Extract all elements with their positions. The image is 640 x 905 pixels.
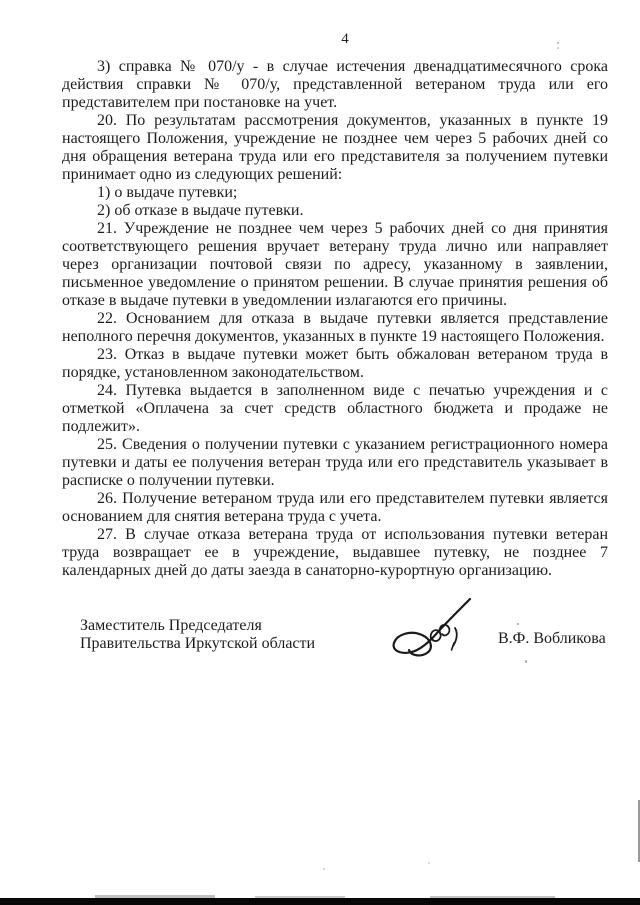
paragraph-24: 24. Путевка выдается в заполненном виде … <box>62 382 608 436</box>
scan-bottom-bar-artifact <box>0 898 640 905</box>
scan-speck-artifact <box>557 42 559 44</box>
signatory-title-block: Заместитель Председателя Правительства И… <box>80 617 315 653</box>
scan-speck-artifact <box>428 862 430 864</box>
signatory-title-line-1: Заместитель Председателя <box>80 617 315 635</box>
paragraph-23: 23. Отказ в выдаче путевки может быть об… <box>62 346 608 382</box>
scanned-document-page: 4 3) справка № 070/у - в случае истечени… <box>0 0 640 905</box>
page-number: 4 <box>297 31 393 48</box>
signer-name: В.Ф. Вобликова <box>498 630 618 648</box>
paragraph-25: 25. Сведения о получении путевки с указа… <box>62 436 608 490</box>
document-body: 3) справка № 070/у - в случае истечения … <box>62 58 608 580</box>
paragraph-22: 22. Основанием для отказа в выдаче путев… <box>62 310 608 346</box>
paragraph-20-sub-2: 2) об отказе в выдаче путевки. <box>62 202 608 220</box>
handwritten-signature-icon <box>385 592 480 667</box>
scan-speck-artifact <box>525 660 527 663</box>
scan-speck-artifact <box>557 47 559 49</box>
paragraph-26: 26. Получение ветераном труда или его пр… <box>62 490 608 526</box>
paragraph-20: 20. По результатам рассмотрения документ… <box>62 112 608 184</box>
paragraph-item-3: 3) справка № 070/у - в случае истечения … <box>62 58 608 112</box>
paragraph-20-sub-1: 1) о выдаче путевки; <box>62 184 608 202</box>
signatory-title-line-2: Правительства Иркутской области <box>80 635 315 653</box>
scan-speck-artifact <box>323 868 325 870</box>
scan-speck-artifact <box>517 623 519 625</box>
paragraph-21: 21. Учреждение не позднее чем через 5 ра… <box>62 220 608 310</box>
paragraph-27: 27. В случае отказа ветерана труда от ис… <box>62 526 608 580</box>
